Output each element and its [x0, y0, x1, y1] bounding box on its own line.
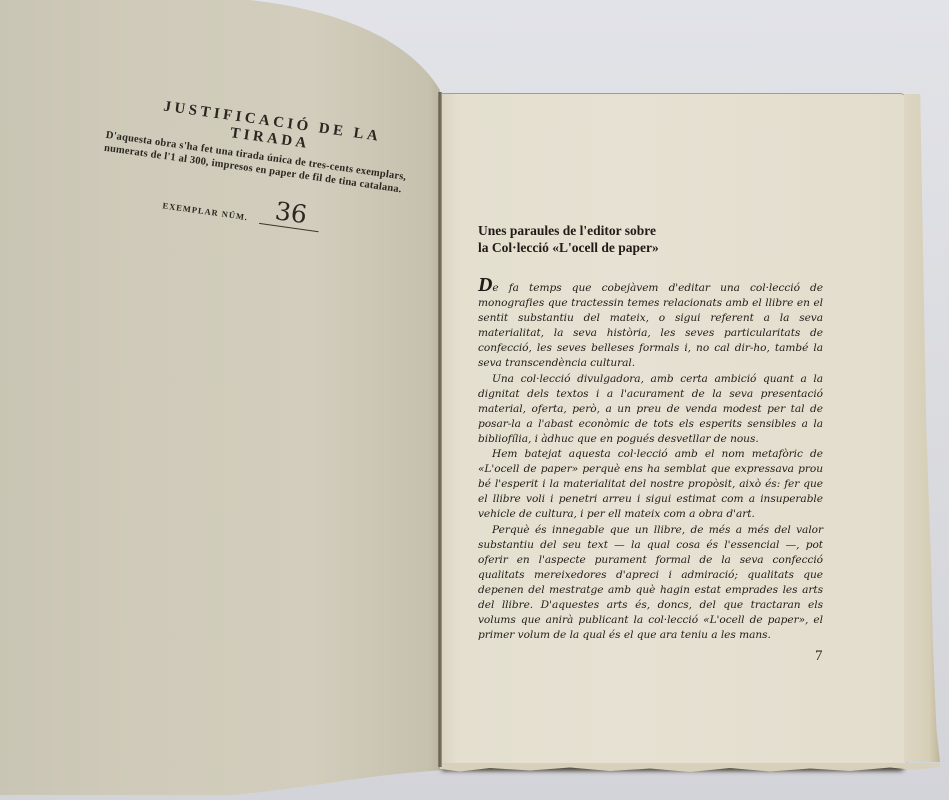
heading-line-2: la Col·lecció «L'ocell de paper»	[478, 239, 823, 256]
drop-cap: D	[478, 274, 492, 296]
paragraph-1: De fa temps que cobejàvem d'editar una c…	[478, 278, 823, 372]
paragraph-3: Hem batejat aquesta col·lecció amb el no…	[478, 447, 823, 522]
paragraph-1-text: e fa temps que cobejàvem d'editar una co…	[478, 282, 823, 369]
body-text: De fa temps que cobejàvem d'editar una c…	[478, 278, 823, 643]
heading-line-1: Unes paraules de l'editor sobre	[478, 222, 823, 239]
paragraph-4: Perquè és innegable que un llibre, de mé…	[478, 523, 823, 644]
page-number: 7	[815, 648, 823, 665]
book-gutter	[438, 92, 442, 767]
editor-note: Unes paraules de l'editor sobre la Col·l…	[478, 222, 823, 643]
section-heading: Unes paraules de l'editor sobre la Col·l…	[478, 222, 823, 256]
paragraph-2: Una col·lecció divulgadora, amb certa am…	[478, 372, 823, 447]
